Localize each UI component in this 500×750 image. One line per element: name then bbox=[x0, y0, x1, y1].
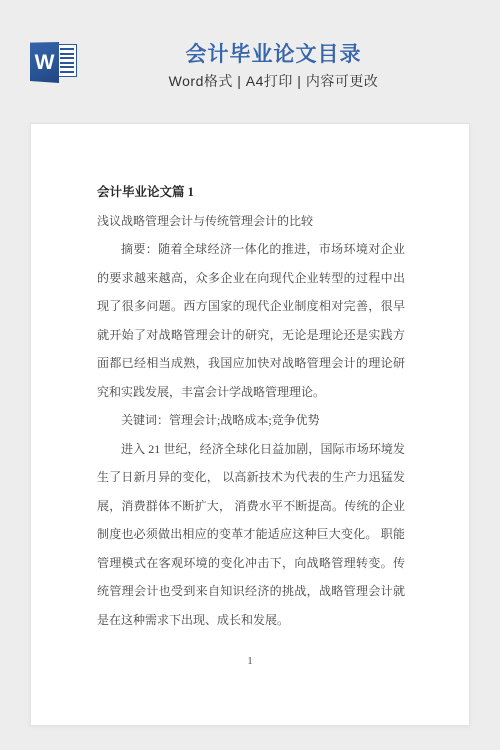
doc-heading: 会计毕业论文篇 1 bbox=[97, 178, 405, 207]
header: W 会计毕业论文目录 Word格式 | A4打印 | 内容可更改 bbox=[0, 0, 500, 123]
doc-paragraph-intro: 进入 21 世纪，经济全球化日益加剧，国际市场环境发生了日新月异的变化， 以高新… bbox=[97, 435, 405, 635]
page-subtitle: Word格式 | A4打印 | 内容可更改 bbox=[77, 72, 470, 90]
doc-subheading: 浅议战略管理会计与传统管理会计的比较 bbox=[97, 207, 405, 236]
word-icon: W bbox=[30, 41, 77, 85]
document-preview-page[interactable]: 会计毕业论文篇 1 浅议战略管理会计与传统管理会计的比较 摘要：随着全球经济一体… bbox=[30, 123, 470, 726]
page-title: 会计毕业论文目录 bbox=[77, 40, 470, 70]
page-number: 1 bbox=[31, 654, 469, 668]
word-icon-w-letter: W bbox=[30, 42, 59, 83]
word-icon-document bbox=[56, 44, 77, 77]
doc-paragraph-abstract: 摘要：随着全球经济一体化的推进，市场环境对企业的要求越来越高，众多企业在向现代企… bbox=[97, 235, 405, 406]
doc-paragraph-keywords: 关键词：管理会计;战略成本;竞争优势 bbox=[97, 406, 405, 435]
header-text: 会计毕业论文目录 Word格式 | A4打印 | 内容可更改 bbox=[77, 40, 470, 90]
